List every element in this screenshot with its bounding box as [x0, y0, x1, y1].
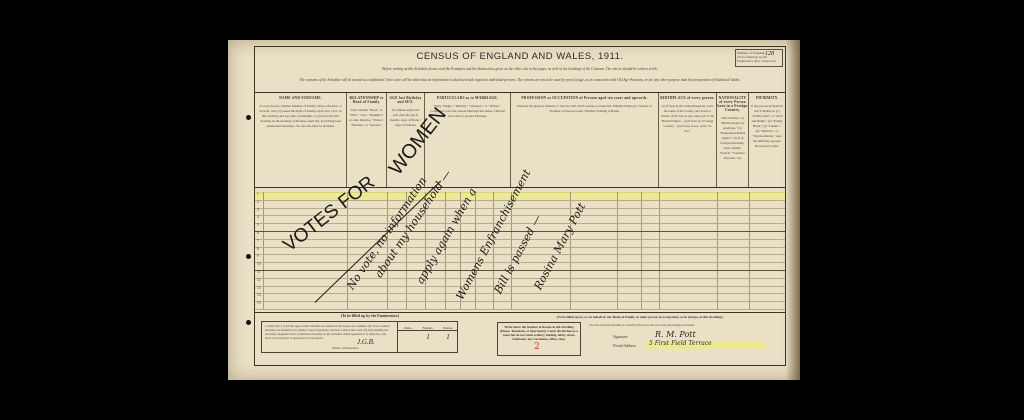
rooms-count: 2 — [534, 342, 540, 352]
signature-value: R. M. Pott — [655, 330, 696, 339]
signature-block: I declare that this Schedule is correctl… — [585, 322, 781, 356]
signature-label: Signature — [613, 335, 628, 339]
enumerator-box: I certify that: (1) All the ages on this… — [261, 321, 458, 353]
schedule-number: 128 — [765, 51, 774, 57]
head-section-title: (To be filled up by, or on behalf of, th… — [495, 315, 785, 319]
address-value: 5 First Field Terrace — [649, 340, 712, 347]
punch-hole — [246, 320, 251, 325]
table-row: 15 — [255, 301, 785, 310]
address-label: Postal Address — [613, 344, 636, 348]
initials-label: Initials of Enumerator. — [332, 346, 359, 350]
census-form: CENSUS OF ENGLAND AND WALES, 1911. Befor… — [254, 46, 786, 366]
declaration-text: I declare that this Schedule is correctl… — [589, 323, 779, 327]
column-infirmity: INFIRMITY. If any person included in thi… — [749, 93, 785, 187]
column-nationality: NATIONALITY of every Person born in a Fo… — [717, 93, 749, 187]
instructions-line-2: The contents of the Schedule will be tre… — [255, 78, 785, 82]
schedule-number-box: Number of Schedule (To be filled up by t… — [735, 49, 783, 67]
column-name: NAME AND SURNAME. of every Person, wheth… — [255, 93, 347, 187]
instructions-line-1: Before writing on this Schedule please r… — [255, 67, 785, 71]
punch-hole — [246, 115, 251, 120]
enumerator-initials: J.G.B. — [357, 338, 375, 346]
document-title: CENSUS OF ENGLAND AND WALES, 1911. — [255, 51, 785, 62]
enumerator-title: (To be filled up by the Enumerator.) — [255, 314, 485, 318]
rooms-box: Write below the Number of Rooms in this … — [497, 322, 581, 356]
footer-section: (To be filled up by the Enumerator.) I c… — [255, 312, 785, 366]
enumerator-totals: Males. Females. Persons. 1 1 — [397, 322, 458, 352]
column-birthplace: BIRTHPLACE of every person. (1) If born … — [659, 93, 717, 187]
census-document: CENSUS OF ENGLAND AND WALES, 1911. Befor… — [228, 40, 800, 380]
punch-hole — [246, 254, 251, 259]
